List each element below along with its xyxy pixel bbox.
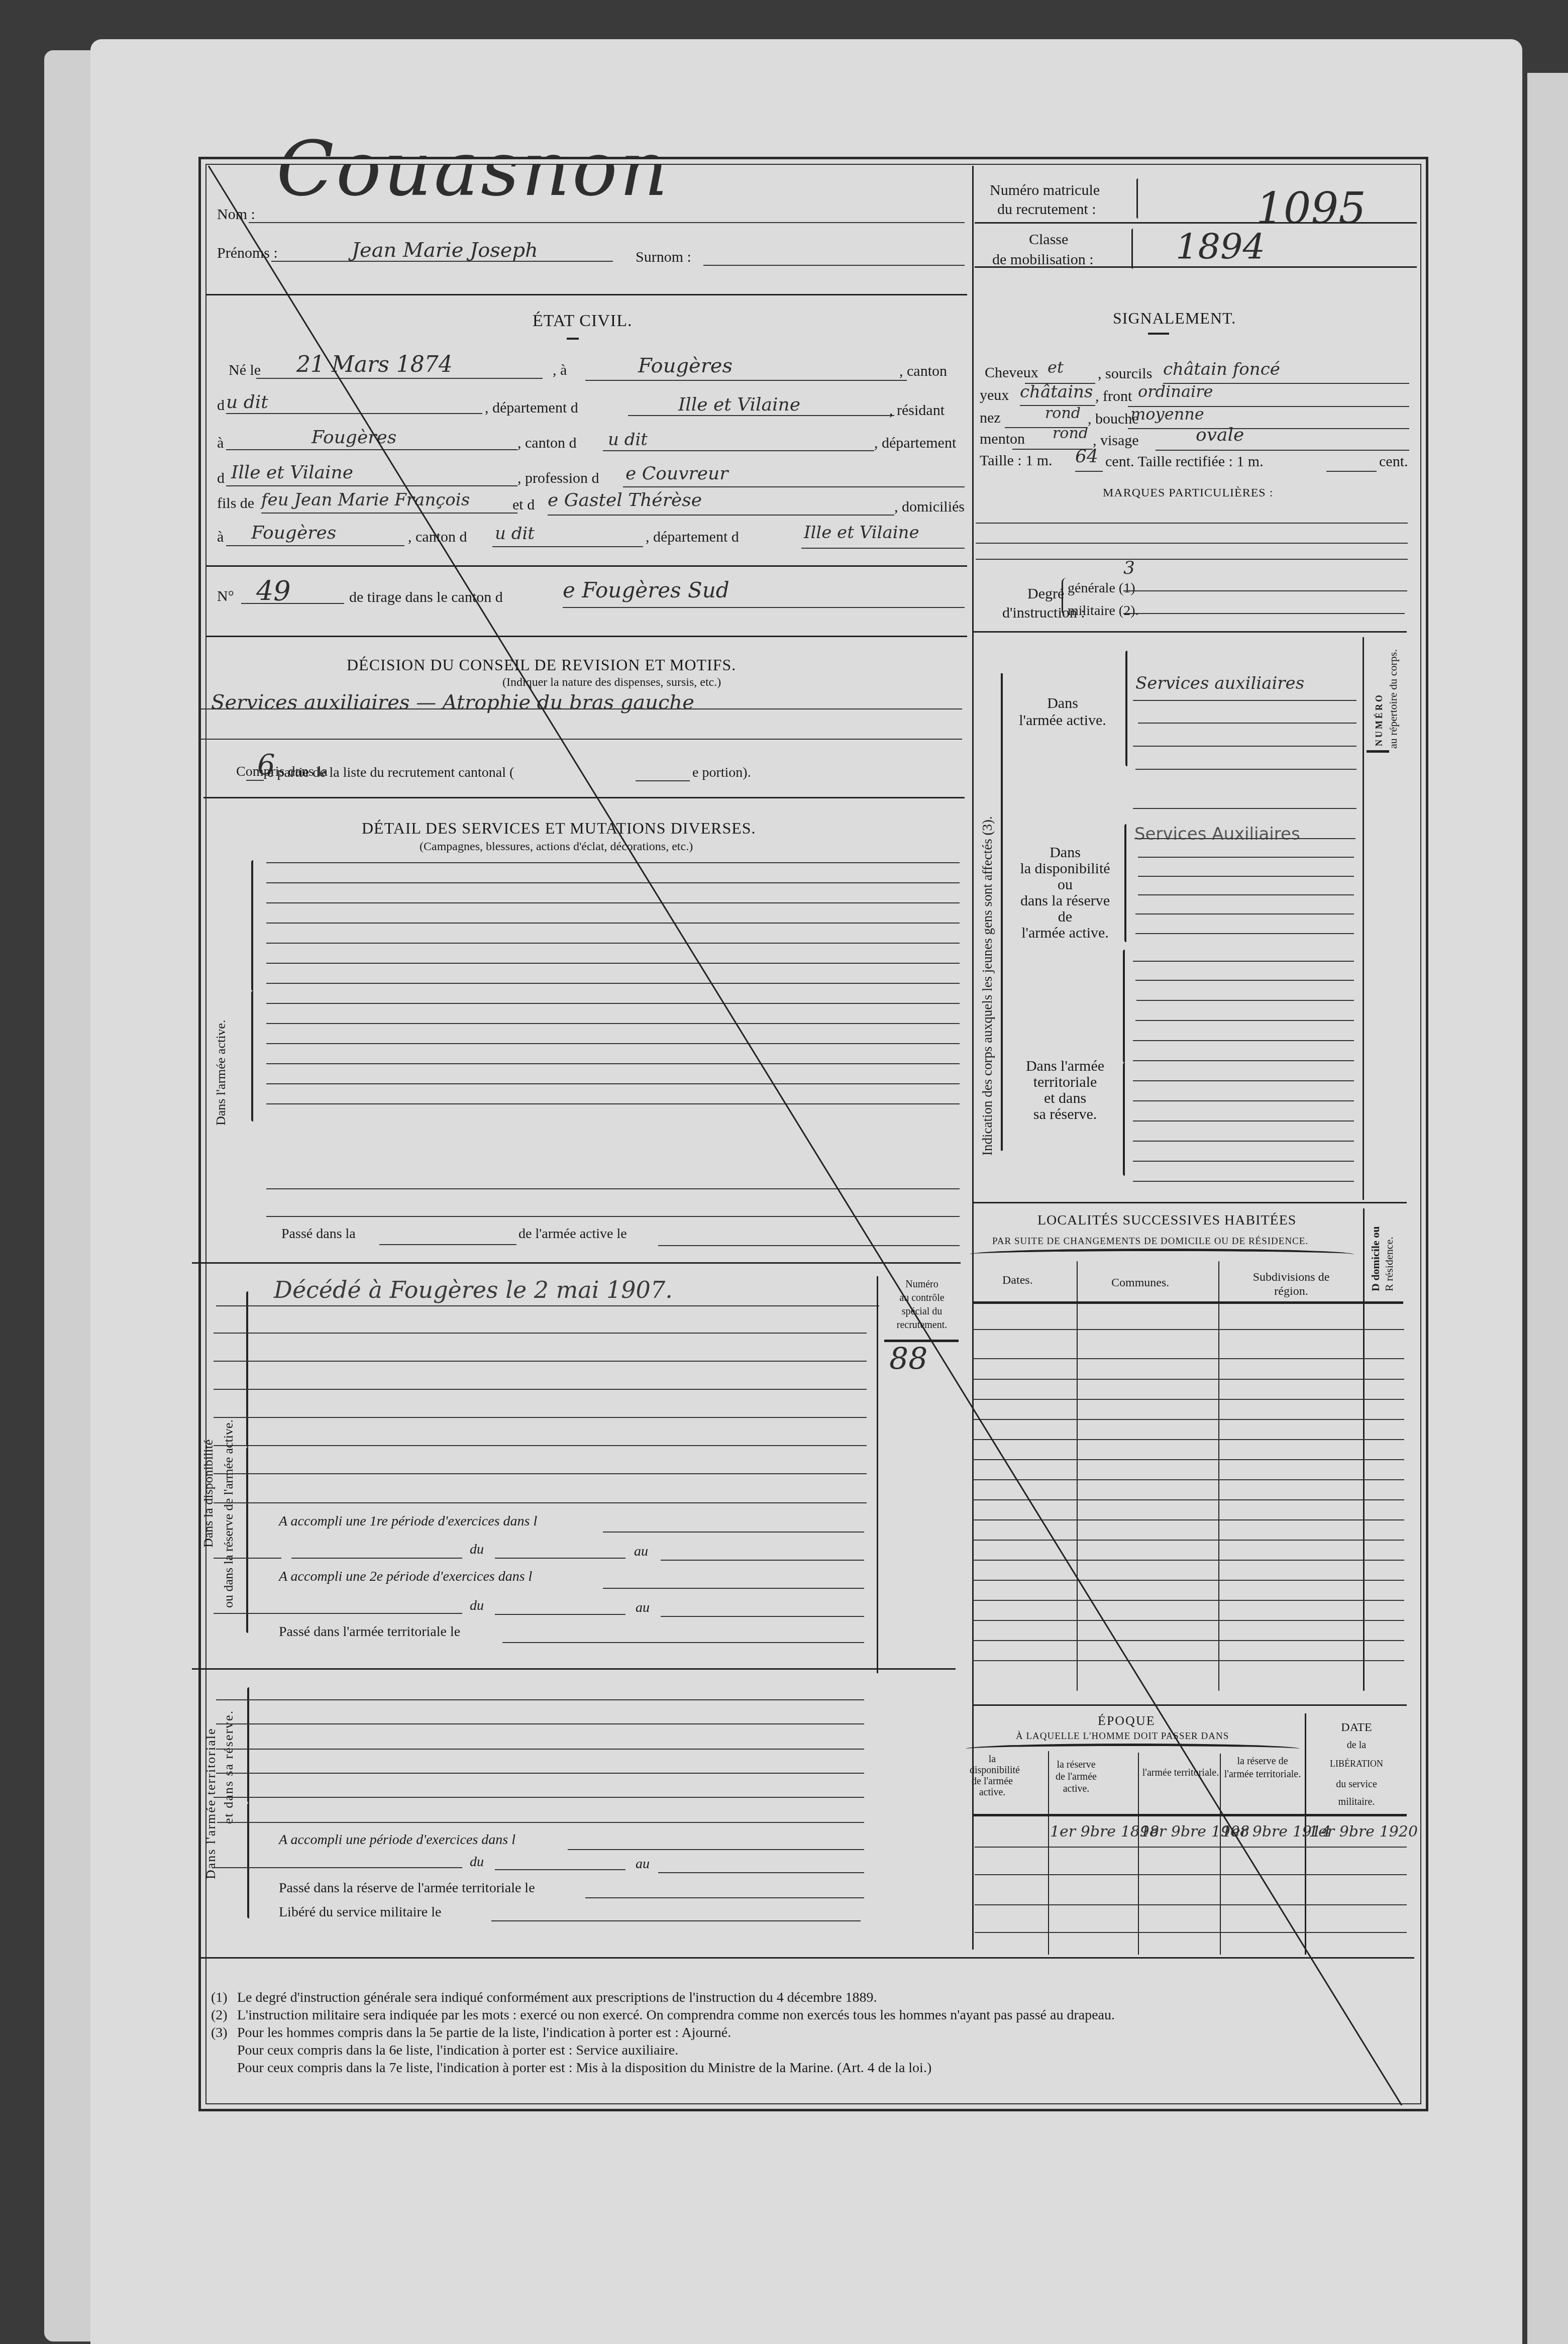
periode2-au: au: [636, 1600, 650, 1616]
territoriale-line: [216, 1773, 864, 1774]
passe-label-1: Passé dans la: [281, 1226, 356, 1242]
nom-line: [249, 222, 965, 223]
decision-divider: [203, 797, 965, 798]
corps-active-line: [1135, 769, 1356, 770]
localites-row-line: [972, 1560, 1404, 1561]
corps-dispo-line: [1135, 913, 1354, 914]
corps-divider: [972, 1202, 1407, 1203]
profession-value: e Couvreur: [625, 463, 728, 484]
corps-active-line: [1133, 700, 1356, 701]
territoriale-line: [216, 1723, 864, 1724]
a-label: , à: [553, 362, 567, 379]
passe-date-line: [658, 1245, 960, 1246]
classe-brace: [1131, 229, 1135, 269]
passe-corps-line: [416, 1244, 516, 1245]
marques-line: [976, 523, 1408, 524]
epoque-subtitle: À LAQUELLE L'HOMME DOIT PASSER DANS: [1016, 1731, 1229, 1742]
epoque-row-line: [975, 1904, 1407, 1905]
corps-disponibilite-label-3: dans la réserve: [1012, 892, 1118, 909]
localites-col-divider: [1077, 1261, 1078, 1691]
title-rule: [567, 338, 579, 340]
brace-corps-active: [1125, 651, 1127, 766]
footnote-2-num: (2): [211, 2007, 228, 2023]
residence-a-label: à: [217, 435, 224, 452]
passe-label-2: de l'armée active le: [518, 1226, 627, 1242]
domicilies-label: , domiciliés: [894, 498, 965, 516]
prenoms-value: Jean Marie Joseph: [352, 239, 538, 262]
dispo-line: [214, 1502, 867, 1503]
corps-terr-line: [1133, 1080, 1354, 1081]
localites-row-line: [972, 1620, 1404, 1621]
tirage-numero-label: N°: [217, 588, 234, 605]
corps-territoriale-label-1: territoriale: [1012, 1074, 1118, 1091]
lieu-line: [585, 380, 907, 381]
passe-reserve-territoriale-line: [585, 1897, 864, 1898]
territoriale-line: [216, 1749, 864, 1750]
column-divider: [972, 166, 974, 1950]
periode1-au: au: [634, 1544, 648, 1560]
deces-note: Décédé à Fougères le 2 mai 1907.: [274, 1276, 673, 1303]
active-line: [266, 943, 960, 944]
dr-label-1: D domicile ou: [1369, 1226, 1382, 1291]
corps-bracket: [1001, 673, 1003, 1151]
sourcils-label: , sourcils: [1098, 365, 1152, 382]
section-territoriale-label-1: Dans l'armée territoriale: [203, 1727, 219, 1879]
epoque-brace: [966, 1744, 1300, 1754]
numero-label-2: au répertoire du corps.: [1387, 649, 1400, 749]
footnote-1-text: Le degré d'instruction générale sera ind…: [237, 1990, 877, 2006]
corps-disponibilite-label-0: Dans: [1012, 844, 1118, 861]
liberation-value: 1er 9bre 1920: [1309, 1823, 1418, 1841]
taille-rectifiee-line: [1326, 471, 1377, 472]
corps-terr-line: [1133, 1100, 1354, 1101]
nez-label: nez: [980, 410, 1001, 427]
visage-label: , visage: [1093, 432, 1139, 449]
active-line: [266, 882, 960, 883]
passe-territoriale-line: [502, 1642, 864, 1643]
corps-active-line: [1133, 808, 1356, 809]
departement-line: [628, 415, 894, 416]
localites-row-line: [972, 1540, 1404, 1541]
decision-line-2: [198, 739, 962, 740]
surnom-line: [703, 265, 965, 266]
yeux-label: yeux: [980, 387, 1009, 404]
active-line: [266, 983, 960, 984]
ne-le-label: Né le: [229, 362, 261, 379]
marques-line: [976, 559, 1408, 560]
brace-disponibilite: [246, 1291, 248, 1447]
localites-col-dates: Dates.: [1002, 1274, 1033, 1287]
localites-row-line: [972, 1640, 1404, 1641]
active-line: [266, 923, 960, 924]
corps-territoriale-label-3: sa réserve.: [1012, 1106, 1118, 1123]
localites-row-line: [972, 1459, 1404, 1460]
corps-terr-line: [1133, 1161, 1354, 1162]
active-line: [266, 1003, 960, 1004]
detail-title: DÉTAIL DES SERVICES ET MUTATIONS DIVERSE…: [362, 819, 756, 838]
periode-territoriale-au: au: [636, 1856, 650, 1872]
etat-civil-title: ÉTAT CIVIL.: [533, 312, 632, 331]
epoque-col-1: la réserve de l'armée active.: [1051, 1759, 1101, 1795]
passe-reserve-territoriale-label: Passé dans la réserve de l'armée territo…: [279, 1880, 535, 1896]
fils-de-label: fils de: [217, 495, 254, 512]
residence-departement-value: Ille et Vilaine: [231, 462, 353, 483]
corps-terr-line: [1136, 1000, 1354, 1001]
active-line: [266, 902, 960, 903]
marques-label: MARQUES PARTICULIÈRES :: [1103, 486, 1273, 500]
periode1-du-line: [495, 1558, 625, 1559]
brace-active-2: [251, 991, 253, 1122]
periode1-prefix-line: [214, 1558, 281, 1559]
taille-label: Taille : 1 m.: [980, 452, 1053, 469]
numero-column-divider: [1363, 637, 1364, 1200]
domicile-departement-label: , département d: [646, 529, 739, 546]
active-line: [266, 1083, 960, 1084]
corps-territoriale-label-2: et dans: [1012, 1090, 1118, 1107]
localites-title: LOCALITÉS SUCCESSIVES HABITÉES: [1037, 1212, 1296, 1229]
localites-row-line: [972, 1399, 1404, 1400]
passe-territoriale-label: Passé dans l'armée territoriale le: [279, 1624, 460, 1640]
epoque-header-rule: [972, 1814, 1407, 1816]
dispo-line: [214, 1445, 867, 1446]
libere-label: Libéré du service militaire le: [279, 1904, 441, 1920]
periode-territoriale-du: du: [470, 1854, 484, 1870]
canton-label: , canton: [899, 363, 947, 380]
section-active-label: Dans l'armée active.: [214, 1020, 229, 1126]
brace-territoriale-2: [247, 1803, 249, 1918]
corps-active-value: Services auxiliaires: [1135, 673, 1304, 693]
tirage-divider: [206, 636, 967, 637]
brace-corps-territoriale-2: [1123, 1063, 1125, 1176]
corps-dispo-line: [1138, 894, 1354, 895]
corps-terr-line: [1135, 980, 1354, 981]
epoque-col-divider: [1220, 1754, 1221, 1955]
liberation-label-3: du service: [1306, 1779, 1407, 1790]
corps-dispo-line: [1134, 838, 1355, 839]
residence-canton-label: , canton d: [517, 435, 576, 452]
periode2-du-line: [495, 1614, 625, 1615]
header-divider: [206, 294, 967, 295]
mere-line: [548, 515, 894, 516]
menton-value: rond: [1053, 425, 1088, 442]
numero-rule: [1367, 750, 1389, 753]
corps-active-label-0: Dans: [1015, 695, 1110, 712]
sourcils-value: châtain foncé: [1163, 359, 1280, 379]
corps-active-line: [1133, 746, 1356, 747]
residence-canton-value: u dit: [608, 430, 648, 450]
canton-prefix: d: [217, 397, 225, 414]
periode1-label: A accompli une 1re période d'exercices d…: [279, 1513, 537, 1530]
profession-line: [623, 486, 965, 487]
numero-value: 1095: [1256, 183, 1366, 234]
tirage-canton-label: de tirage dans le canton d: [349, 589, 503, 606]
liberation-label-4: militaire.: [1306, 1796, 1407, 1808]
menton-label: menton: [980, 431, 1025, 448]
active-line: [266, 1063, 960, 1064]
adjacent-page-edge: [1527, 73, 1568, 2344]
cheveux-label: Cheveux: [985, 364, 1038, 381]
dr-label-2: R résidence.: [1383, 1237, 1396, 1291]
corps-dispo-line: [1138, 857, 1354, 858]
corps-territoriale-label-0: Dans l'armée: [1012, 1058, 1118, 1075]
marques-line: [976, 543, 1408, 544]
brace-disponibilite-2: [246, 1447, 248, 1633]
classe-divider: [975, 266, 1417, 268]
domicile-canton-line: [492, 546, 643, 547]
localites-col-subdivisions: Subdivisions de région.: [1246, 1270, 1336, 1298]
corps-disponibilite-stamp: Services Auxiliaires: [1134, 824, 1300, 844]
canton-value: u dit: [226, 392, 268, 413]
matricule-divider: [975, 222, 1417, 224]
residence-line: [226, 449, 517, 450]
brace-active: [251, 860, 253, 991]
classe-label-1: Classe: [1029, 231, 1068, 248]
front-label: , front: [1095, 388, 1132, 405]
active-line: [266, 963, 960, 964]
epoque-row-line: [975, 1932, 1407, 1933]
active-line: [266, 1043, 960, 1044]
signalement-rule: [1148, 333, 1169, 335]
nez-value: rond: [1045, 404, 1081, 422]
localites-row-line: [972, 1358, 1404, 1359]
profession-label: , profession d: [517, 470, 599, 487]
classe-value: 1894: [1176, 226, 1265, 267]
corps-terr-line: [1135, 1020, 1354, 1021]
periode2-label: A accompli une 2e période d'exercices da…: [279, 1569, 532, 1585]
active-line: [266, 1103, 960, 1104]
residant-label: , résidant: [889, 402, 945, 419]
corps-terr-line: [1133, 961, 1354, 962]
brace-corps-disponibilite: [1124, 824, 1126, 942]
localites-col-communes: Communes.: [1111, 1276, 1169, 1290]
localites-row-line: [972, 1580, 1404, 1581]
numero-label-2: du recrutement :: [997, 201, 1096, 218]
periode-territoriale-label: A accompli une période d'exercices dans …: [279, 1832, 515, 1848]
etat-civil-divider: [206, 565, 967, 567]
localites-row-line: [972, 1329, 1404, 1330]
dispo-line: [214, 1389, 867, 1390]
footnote-1-num: (1): [211, 1990, 228, 2006]
numero-label-1: NUMÉRO: [1374, 693, 1385, 746]
pere-line: [261, 513, 517, 514]
active-line: [266, 1188, 960, 1189]
degre-label-1: Degré: [1027, 585, 1064, 602]
corps-terr-line: [1133, 1181, 1354, 1182]
periode-territoriale-au-line: [658, 1872, 864, 1873]
instruction-brace: [1062, 578, 1066, 616]
domicile-line: [226, 545, 404, 546]
territoriale-line: [217, 1822, 864, 1823]
departement-label: , département d: [485, 399, 578, 417]
tirage-line: [241, 603, 344, 604]
compris-partie-line: [246, 780, 264, 781]
corps-vertical-label: Indication des corps auxquels les jeunes…: [980, 816, 995, 1156]
periode-territoriale-line: [568, 1849, 864, 1850]
corps-disponibilite-label-4: de: [1012, 908, 1118, 926]
domicile-value: Fougères: [251, 523, 336, 543]
decision-subtitle: (Indiquer la nature des dispenses, sursi…: [502, 676, 721, 689]
active-line: [266, 862, 960, 863]
controle-header-3: recrutement.: [884, 1319, 960, 1331]
residence-value: Fougères: [311, 427, 396, 448]
epoque-title: ÉPOQUE: [1098, 1713, 1156, 1728]
prenoms-label: Prénoms :: [217, 245, 278, 262]
liberation-label-2: LIBÉRATION: [1306, 1759, 1407, 1769]
periode1-du: du: [470, 1542, 484, 1558]
controle-header-2: spécial du: [884, 1306, 960, 1317]
nom-label: Nom :: [217, 206, 255, 223]
epoque-row-line: [975, 1874, 1407, 1875]
front-value: ordinaire: [1138, 382, 1213, 401]
footnotes-divider: [201, 1957, 1414, 1959]
domicile-a-label: à: [217, 529, 224, 546]
brace-corps-territoriale: [1123, 950, 1125, 1063]
periode1-au-line: [661, 1560, 864, 1561]
domicile-canton-label: , canton d: [408, 529, 467, 546]
controle-header-0: Numéro: [894, 1279, 950, 1290]
liberation-label-1: de la: [1306, 1740, 1407, 1751]
corps-active-line: [1138, 723, 1356, 724]
tirage-canton-line: [563, 607, 965, 608]
pere-value: feu Jean Marie François: [261, 490, 470, 510]
domicile-canton-value: u dit: [495, 524, 535, 544]
territoriale-line: [216, 1699, 864, 1700]
periode1-line: [603, 1532, 864, 1533]
domicile-dept-line: [801, 548, 965, 549]
localites-row-line: [972, 1499, 1404, 1500]
localites-row-line: [972, 1479, 1404, 1480]
lieu-naissance-value: Fougères: [638, 354, 733, 377]
classe-label-2: de mobilisation :: [992, 251, 1094, 268]
epoque-col-2: l'armée territoriale.: [1140, 1766, 1221, 1779]
residence-departement-prefix: d: [217, 470, 225, 487]
corps-terr-line: [1133, 1120, 1354, 1122]
localites-row-line: [972, 1439, 1404, 1440]
generale-line: [1123, 590, 1407, 591]
localites-row-line: [972, 1600, 1404, 1601]
militaire-label: militaire (2).: [1068, 603, 1139, 619]
generale-label: générale (1): [1068, 580, 1135, 596]
decision-value: Services auxiliaires — Atrophie du bras …: [211, 691, 694, 714]
footnote-5-text: Pour ceux compris dans la 7e liste, l'in…: [237, 2060, 931, 2076]
epoque-row-line: [975, 1847, 1407, 1848]
departement-value: Ille et Vilaine: [678, 394, 800, 415]
compris-label-3: e portion).: [692, 765, 751, 781]
compris-label-2: e partie de la liste du recrutement cant…: [267, 765, 514, 781]
numero-brace: [1136, 178, 1140, 219]
militaire-line: [1123, 613, 1405, 614]
instruction-divider: [972, 631, 1407, 633]
localites-brace: [970, 1249, 1354, 1260]
ne-le-value: 21 Mars 1874: [296, 352, 453, 377]
localites-row-line: [972, 1519, 1404, 1520]
periode2-prefix-line: [214, 1613, 462, 1614]
corps-terr-line: [1133, 1060, 1354, 1061]
residence-dept-line: [226, 485, 517, 486]
dispo-divider: [192, 1668, 956, 1670]
taille-line: [1075, 471, 1103, 472]
localites-row-line: [972, 1379, 1404, 1380]
localites-dr-divider: [1363, 1208, 1365, 1691]
active-line: [266, 1023, 960, 1024]
liberation-label-0: DATE: [1306, 1721, 1407, 1735]
epoque-col-0: la disponibilité de l'armée active.: [970, 1754, 1015, 1798]
et-de-label: et d: [512, 496, 535, 514]
decision-line-1: [198, 708, 962, 709]
numero-label-1: Numéro matricule: [990, 182, 1100, 199]
epoque-col-divider: [1048, 1751, 1049, 1955]
active-line: [266, 1216, 960, 1217]
periode2-du: du: [470, 1598, 484, 1614]
generale-value: 3: [1123, 558, 1135, 578]
decision-title: DÉCISION DU CONSEIL DE REVISION ET MOTIF…: [347, 656, 736, 674]
corps-terr-line: [1133, 1040, 1354, 1041]
localites-row-line: [972, 1419, 1404, 1420]
corps-disponibilite-label-5: l'armée active.: [1012, 925, 1118, 942]
corps-terr-line: [1133, 1141, 1354, 1142]
controle-column-divider: [877, 1276, 878, 1673]
periode-territoriale-du-line: [495, 1869, 625, 1870]
bouche-line: [1128, 428, 1409, 429]
dispo-line: [216, 1305, 879, 1306]
taille-cent-label: cent. Taille rectifiée : 1 m.: [1105, 453, 1264, 470]
controle-value: 88: [889, 1342, 927, 1377]
canton-line: [226, 413, 482, 414]
brace-territoriale: [247, 1687, 249, 1803]
residence-departement-label: , département: [874, 435, 956, 452]
dispo-line: [214, 1361, 867, 1362]
taille-value: 64: [1075, 446, 1098, 467]
mere-value: e Gastel Thérèse: [548, 490, 702, 511]
dispo-line: [214, 1417, 867, 1418]
visage-line: [1156, 450, 1409, 451]
periode-territoriale-prefix-line: [214, 1867, 462, 1868]
tirage-numero-value: 49: [256, 575, 291, 607]
bouche-value: moyenne: [1130, 404, 1204, 424]
yeux-value: châtains: [1020, 382, 1093, 402]
domicile-departement-value: Ille et Vilaine: [804, 523, 919, 543]
localites-divider: [972, 1704, 1407, 1706]
visage-value: ovale: [1196, 425, 1244, 445]
corps-dispo-line: [1138, 876, 1354, 877]
territoriale-line: [214, 1797, 864, 1798]
epoque-col-3: la réserve de l'armée territoriale.: [1222, 1755, 1303, 1781]
corps-dispo-line: [1135, 933, 1354, 934]
compris-portion-line: [636, 780, 690, 781]
epoque-col-divider: [1138, 1753, 1139, 1955]
section-disponibilite-label-1: Dans la disponibilité: [201, 1440, 216, 1548]
localites-subtitle: PAR SUITE DE CHANGEMENTS DE DOMICILE OU …: [992, 1236, 1308, 1247]
residence-canton-line: [603, 450, 874, 451]
controle-header-1: au contrôle: [884, 1292, 960, 1304]
footnote-3-text: Pour les hommes compris dans la 5e parti…: [237, 2025, 731, 2041]
corps-disponibilite-label-2: ou: [1012, 876, 1118, 893]
detail-subtitle: (Campagnes, blessures, actions d'éclat, …: [420, 840, 693, 854]
periode2-line: [603, 1588, 864, 1589]
localites-col-divider: [1218, 1261, 1219, 1691]
periode2-au-line: [661, 1616, 864, 1617]
localites-row-line: [972, 1660, 1404, 1661]
periode1-a-line: [291, 1558, 462, 1559]
surnom-label: Surnom :: [636, 249, 691, 266]
tirage-canton-value: e Fougères Sud: [563, 578, 729, 602]
cheveux-value: et: [1048, 358, 1064, 377]
cent-label: cent.: [1379, 453, 1408, 470]
dispo-line: [214, 1473, 867, 1474]
footnote-2-text: L'instruction militaire sera indiquée pa…: [237, 2007, 1115, 2023]
corps-disponibilite-label-1: la disponibilité: [1012, 860, 1118, 877]
active-divider: [192, 1262, 961, 1264]
